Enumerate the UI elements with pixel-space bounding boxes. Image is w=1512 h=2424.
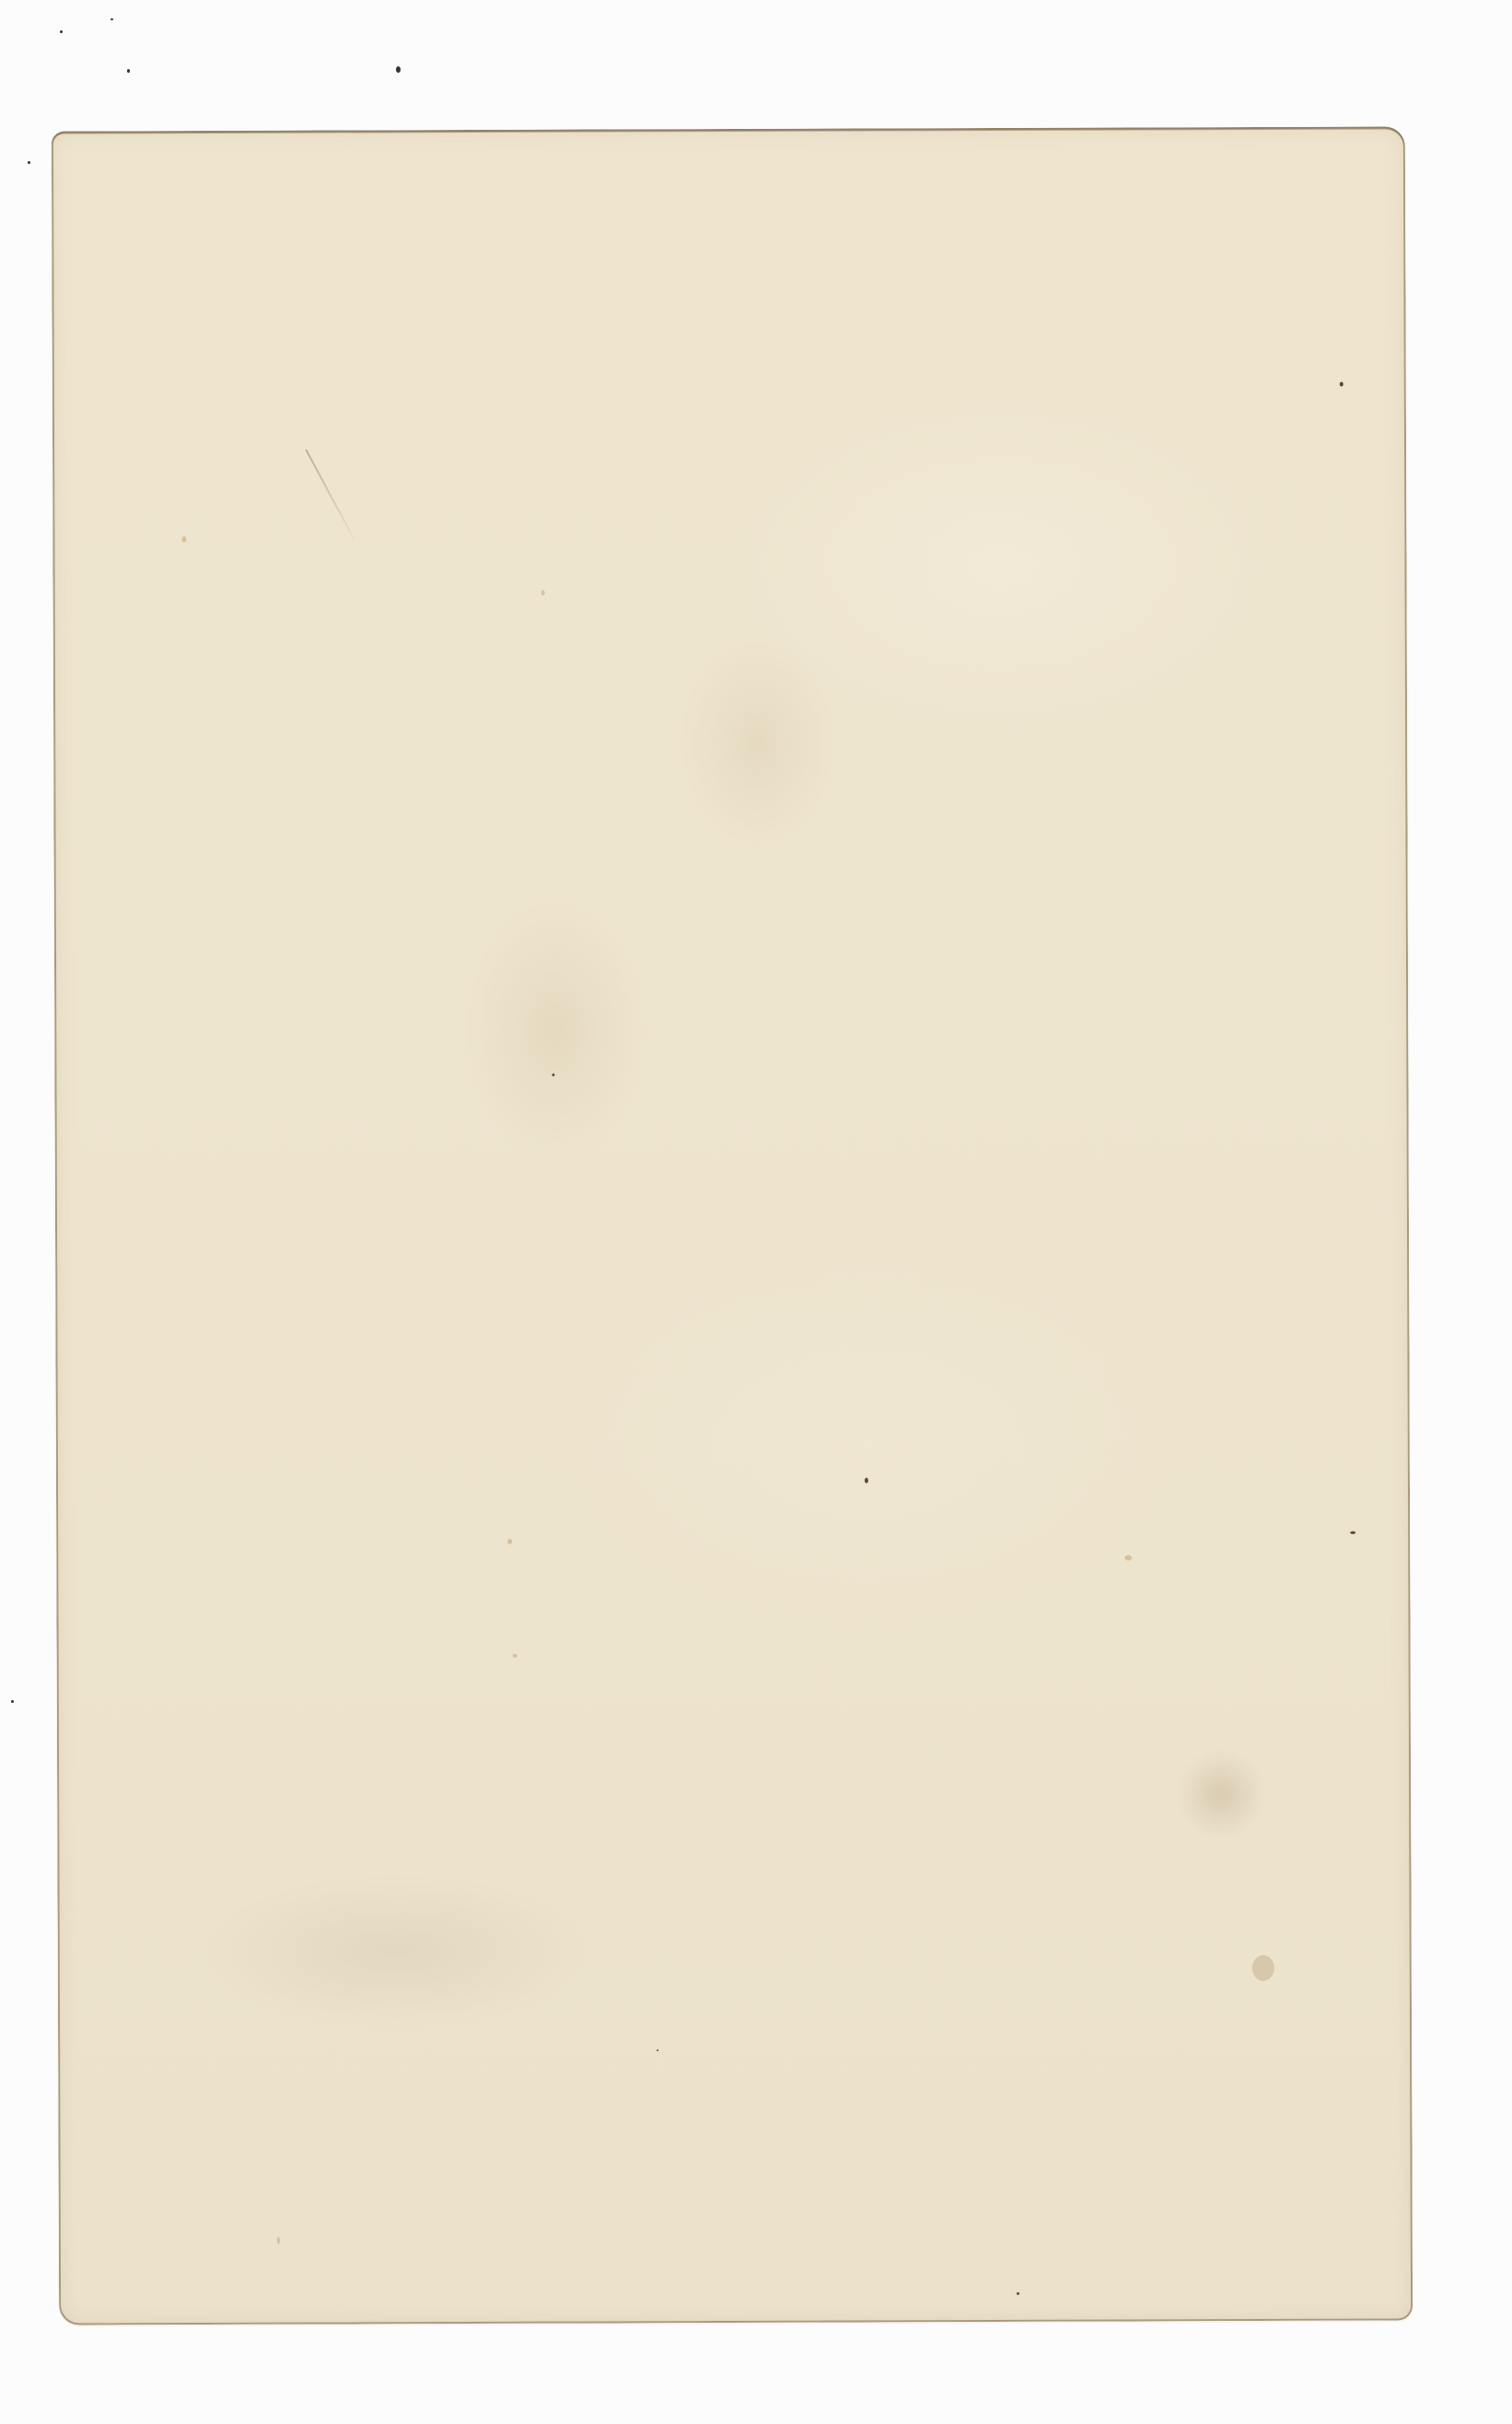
foxing-stain [1252,1955,1274,1981]
foxing-stain [1124,1555,1132,1560]
foxing-stain [277,2237,280,2244]
dust-speck [11,1700,14,1703]
dust-speck [110,18,113,20]
dust-speck [60,30,63,33]
card-speck [865,1477,868,1483]
dust-speck [396,66,401,73]
dust-speck [28,161,30,164]
dust-speck [127,69,130,73]
card-speck [657,2049,658,2051]
photo-card-back [52,126,1413,2325]
card-speck [1350,1532,1355,1534]
foxing-stain [541,590,545,596]
card-speck [1340,382,1343,387]
card-speck [1017,2292,1019,2295]
foxing-stain [507,1539,512,1544]
card-scratch [305,449,355,540]
foxing-stain [513,1654,518,1658]
card-speck [552,1074,554,1077]
foxing-stain [181,536,186,542]
